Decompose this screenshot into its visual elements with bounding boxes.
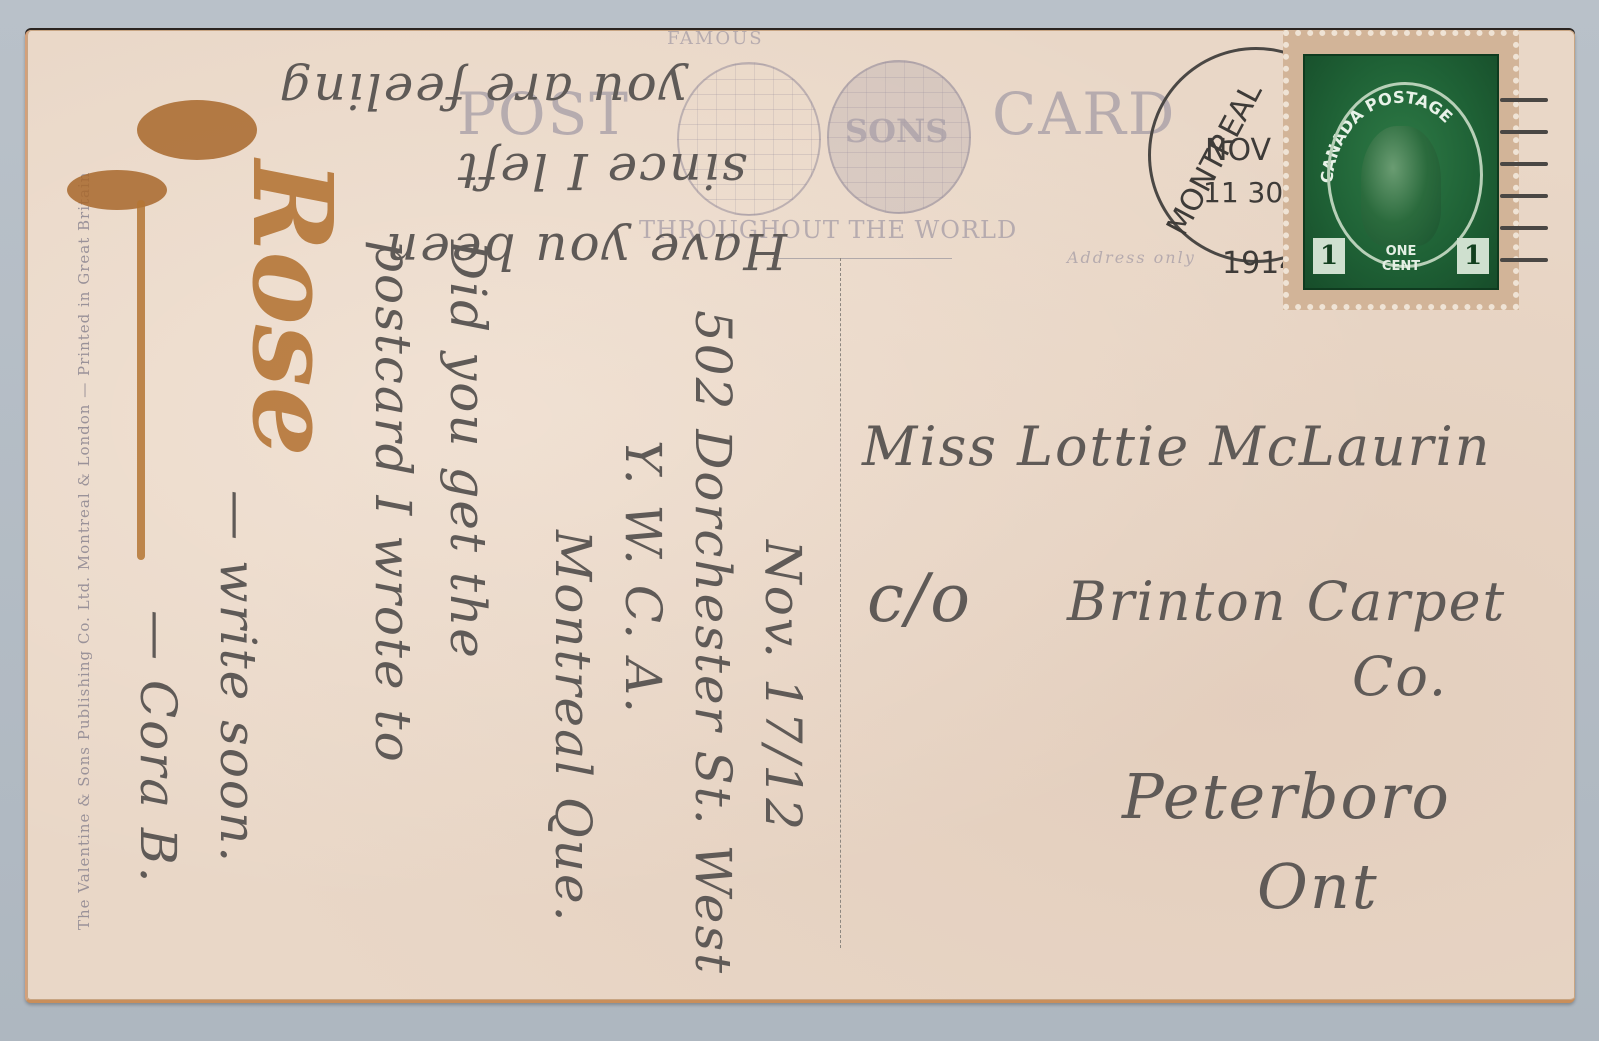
- recipient-province: Ont: [1257, 850, 1379, 923]
- publisher-imprint: The Valentine & Sons Publishing Co. Ltd.…: [75, 172, 93, 930]
- stamp-value-left: 1: [1313, 238, 1345, 274]
- cancel-bar: [1500, 194, 1548, 198]
- cancel-bar: [1500, 226, 1548, 230]
- message-return-address: 502 Dorchester St. West: [684, 310, 742, 975]
- stamp-value-right: 1: [1457, 238, 1489, 274]
- ink-stain-writing: Rose: [228, 160, 357, 457]
- center-divider: [840, 258, 841, 948]
- recipient-city: Peterboro: [1122, 760, 1451, 833]
- publisher-logo: SONS: [845, 112, 948, 150]
- recipient-company-cont: Co.: [1352, 645, 1448, 708]
- message-city: Montreal Que.: [544, 530, 602, 923]
- printed-address-note: Address only: [1067, 248, 1196, 267]
- message-upside-line-2: since I left: [456, 142, 747, 200]
- cancel-bar: [1500, 98, 1548, 102]
- message-line-2: postcard I wrote to: [364, 240, 422, 764]
- king-portrait-icon: [1361, 126, 1441, 246]
- recipient-care-of: c/o: [867, 560, 972, 637]
- postage-stamp: CANADA POSTAGE 1 ONE CENT 1: [1283, 30, 1519, 310]
- printed-brand-top: FAMOUS: [667, 30, 764, 49]
- postmark-month: NOV: [1205, 133, 1271, 168]
- message-line-1: Did you get the: [439, 240, 497, 660]
- cancel-bar: [1500, 258, 1548, 262]
- stamp-denomination: ONE CENT: [1371, 244, 1431, 274]
- message-line-3: — write soon.: [209, 490, 267, 864]
- message-signature: — Cora B.: [129, 610, 187, 885]
- cancel-bar: [1500, 162, 1548, 166]
- ink-blot: [67, 170, 167, 210]
- cancel-bar: [1500, 130, 1548, 134]
- recipient-company: Brinton Carpet: [1067, 570, 1506, 633]
- message-org: Y. W. C. A.: [614, 440, 672, 715]
- motto-underline: [772, 258, 952, 259]
- message-upside-line-3: you are feeling: [277, 62, 687, 120]
- message-date: Nov. 17/12: [754, 540, 812, 832]
- recipient-name: Miss Lottie McLaurin: [862, 415, 1492, 478]
- ink-blot: [137, 100, 257, 160]
- ink-drip: [137, 200, 145, 560]
- stamp-frame: CANADA POSTAGE 1 ONE CENT 1: [1303, 54, 1499, 290]
